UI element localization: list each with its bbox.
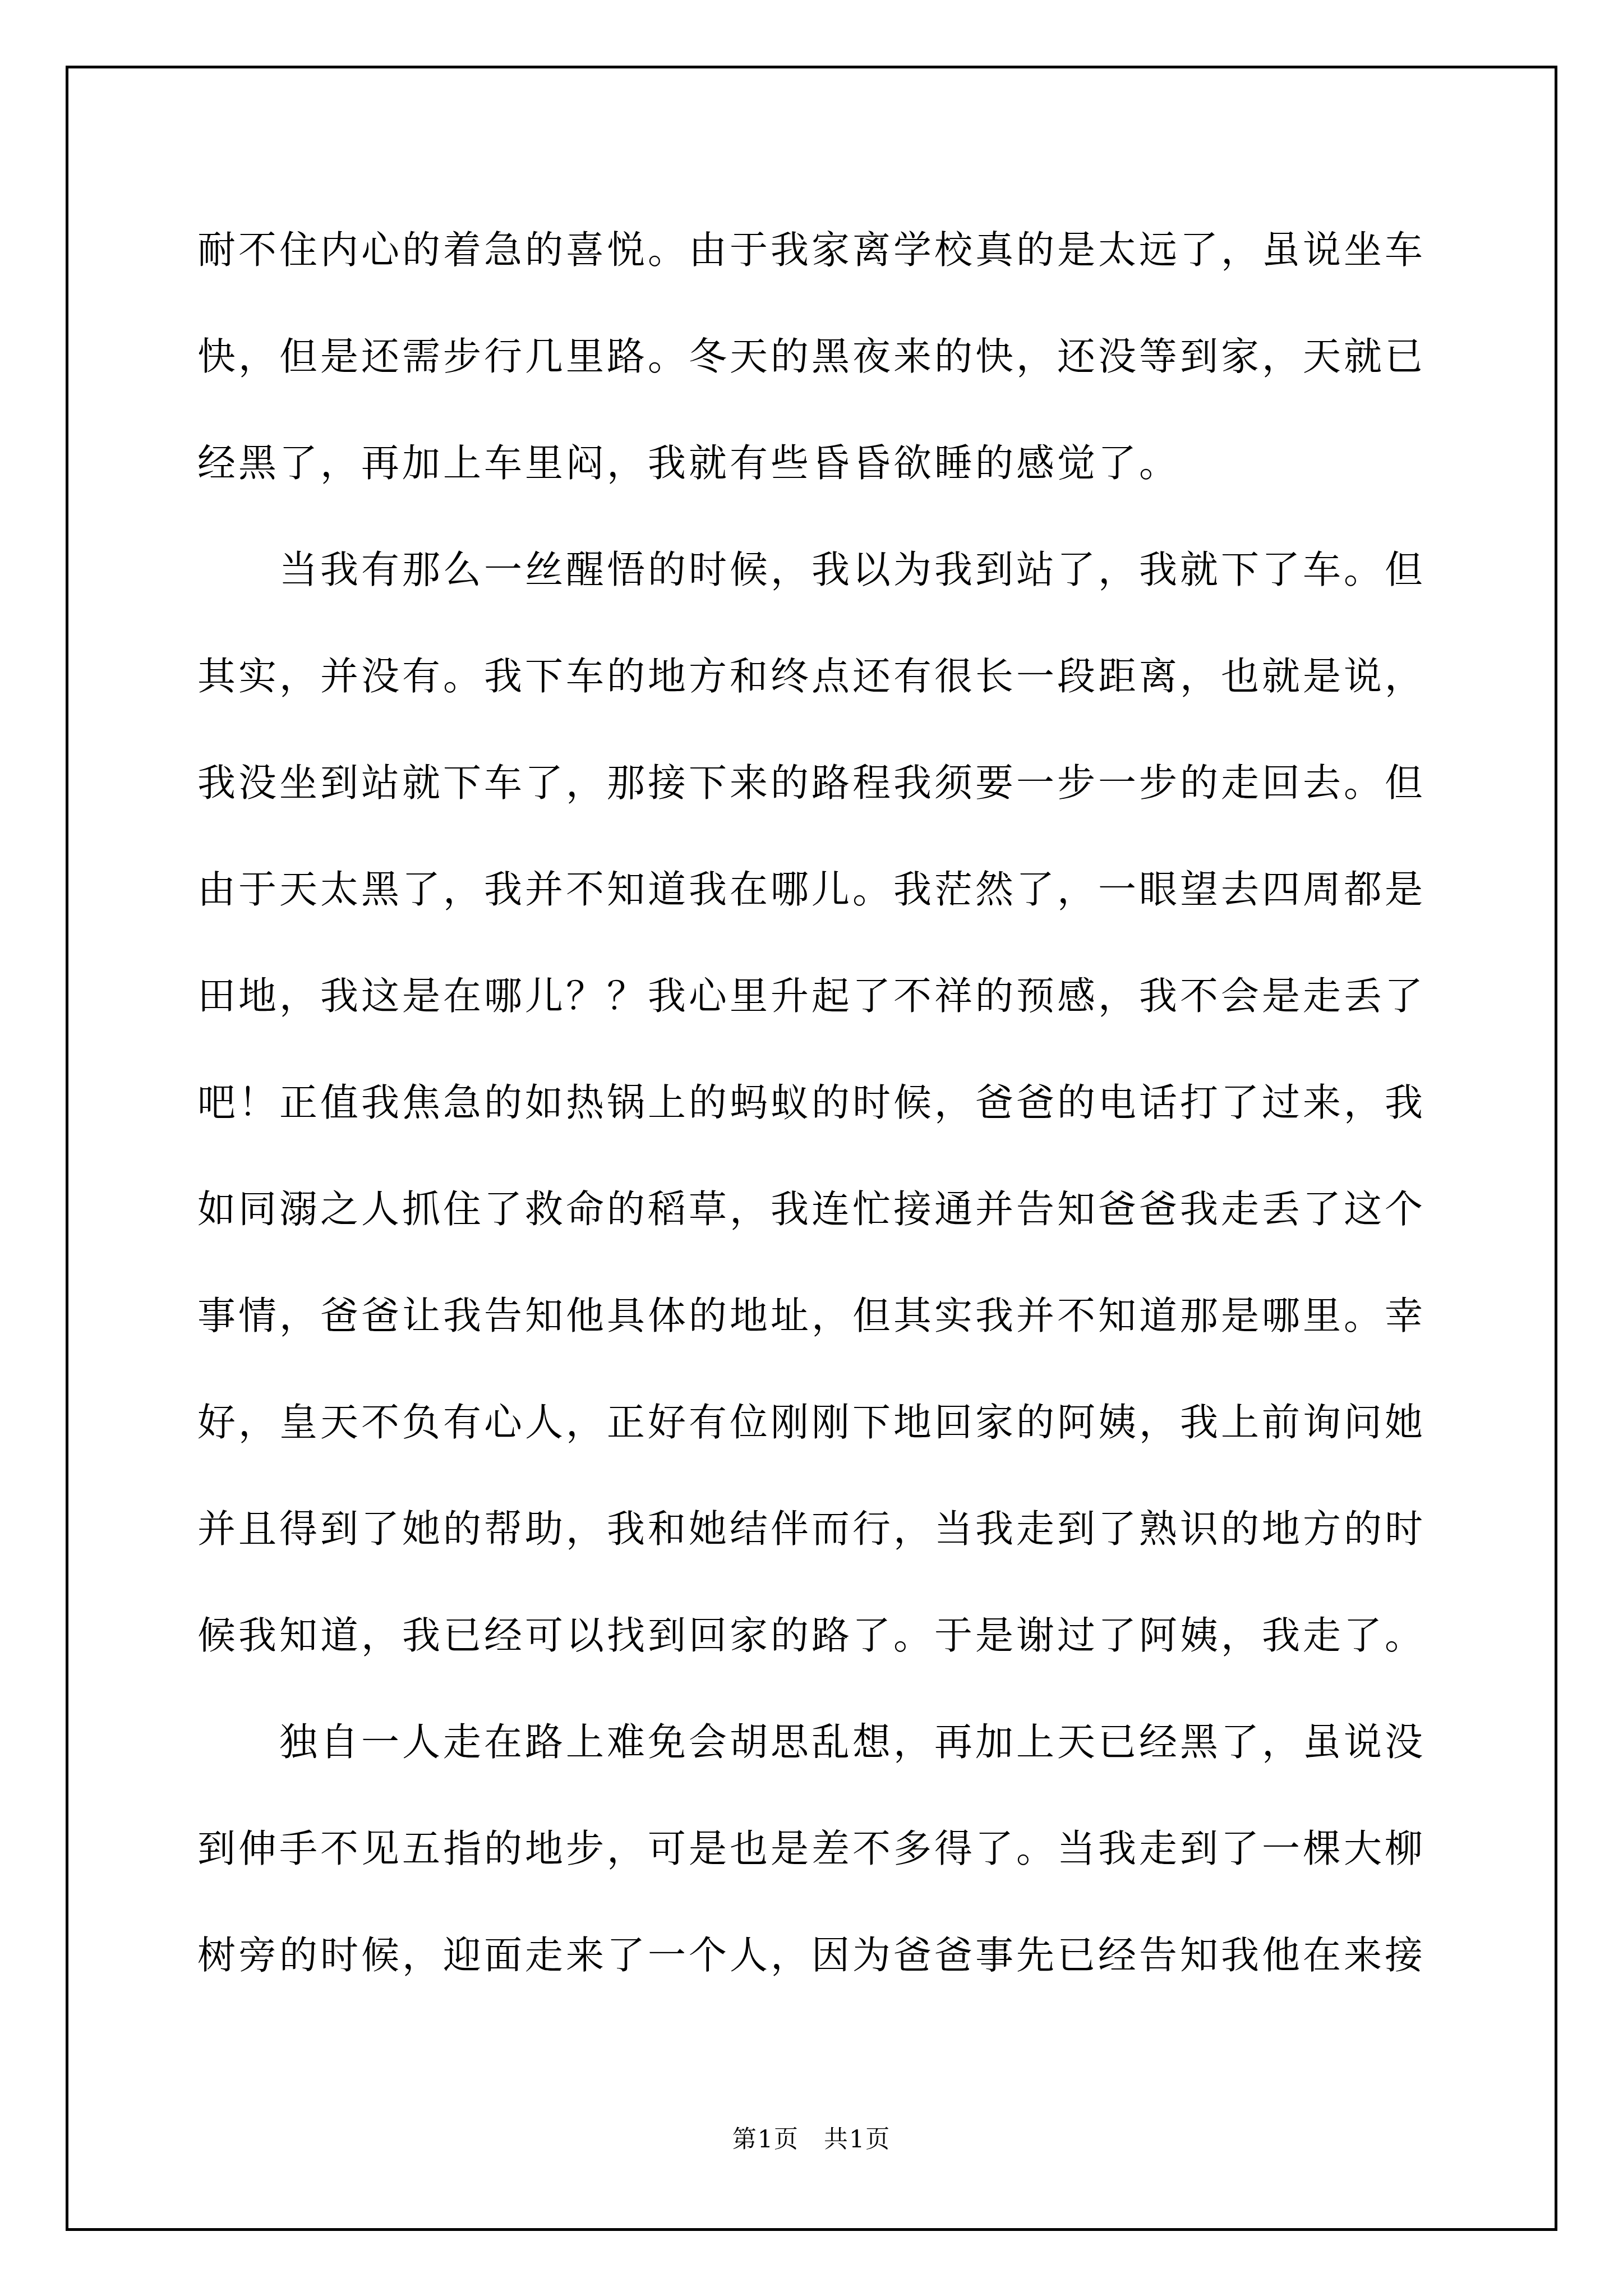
text-line: 由于天太黑了，我并不知道我在哪儿。我茫然了，一眼望去四周都是 — [197, 837, 1437, 944]
footer-current-page: 第1页 — [732, 2125, 799, 2154]
text-line: 当我有那么一丝醒悟的时候，我以为我到站了，我就下了车。但 — [197, 517, 1437, 624]
text-line: 耐不住内心的着急的喜悦。由于我家离学校真的是太远了，虽说坐车 — [197, 197, 1437, 304]
text-line: 并且得到了她的帮助，我和她结伴而行，当我走到了熟识的地方的时 — [197, 1476, 1437, 1583]
document-page: 耐不住内心的着急的喜悦。由于我家离学校真的是太远了，虽说坐车快，但是还需步行几里… — [0, 0, 1623, 2296]
text-line: 我没坐到站就下车了，那接下来的路程我须要一步一步的走回去。但 — [197, 730, 1437, 837]
text-line: 如同溺之人抓住了救命的稻草，我连忙接通并告知爸爸我走丢了这个 — [197, 1157, 1437, 1263]
text-line: 田地，我这是在哪儿？？我心里升起了不祥的预感，我不会是走丢了 — [197, 944, 1437, 1050]
footer-total-pages: 共1页 — [824, 2125, 891, 2154]
text-line: 其实，并没有。我下车的地方和终点还有很长一段距离，也就是说， — [197, 624, 1437, 730]
document-text: 耐不住内心的着急的喜悦。由于我家离学校真的是太远了，虽说坐车快，但是还需步行几里… — [197, 197, 1437, 2009]
text-line: 快，但是还需步行几里路。冬天的黑夜来的快，还没等到家，天就已 — [197, 304, 1437, 411]
text-line: 独自一人走在路上难免会胡思乱想，再加上天已经黑了，虽说没 — [197, 1690, 1437, 1796]
text-line: 事情，爸爸让我告知他具体的地址，但其实我并不知道那是哪里。幸 — [197, 1263, 1437, 1370]
text-line: 到伸手不见五指的地步，可是也是差不多得了。当我走到了一棵大柳 — [197, 1796, 1437, 1903]
text-line: 候我知道，我已经可以找到回家的路了。于是谢过了阿姨，我走了。 — [197, 1583, 1437, 1690]
text-line: 吧！正值我焦急的如热锅上的蚂蚁的时候，爸爸的电话打了过来，我 — [197, 1050, 1437, 1157]
text-line: 经黑了，再加上车里闷，我就有些昏昏欲睡的感觉了。 — [197, 411, 1437, 517]
text-line: 树旁的时候，迎面走来了一个人，因为爸爸事先已经告知我他在来接 — [197, 1903, 1437, 2009]
page-footer: 第1页共1页 — [0, 2125, 1623, 2154]
text-line: 好，皇天不负有心人，正好有位刚刚下地回家的阿姨，我上前询问她 — [197, 1370, 1437, 1476]
